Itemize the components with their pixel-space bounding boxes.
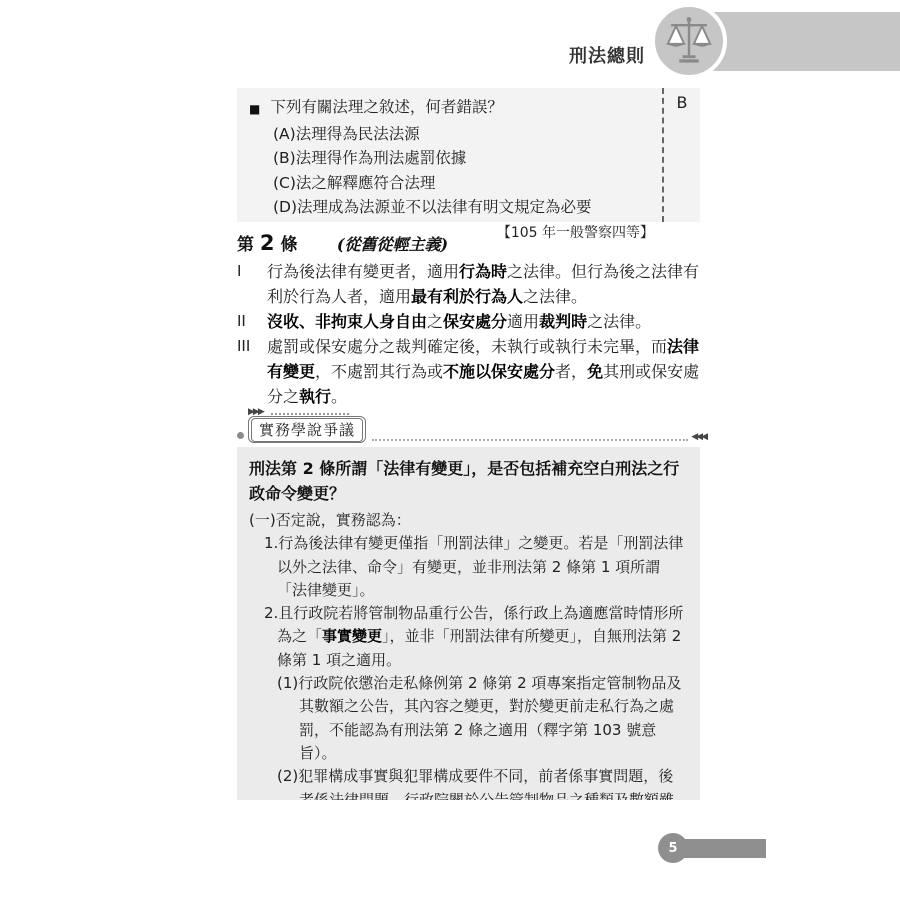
- article-paragraphs: I 行為後法律有變更者，適用行為時之法律。但行為後之法律有利於行為人者，適用最有…: [237, 259, 700, 409]
- paragraph-1-text: 行為後法律有變更者，適用行為時之法律。但行為後之法律有利於行為人者，適用最有利於…: [267, 259, 700, 309]
- question-text: 下列有關法理之敘述，何者錯誤？: [270, 95, 656, 122]
- discussion-item: 2.且行政院若將管制物品重行公告，係行政上為適應當時情形所為之「事實變更」，並非…: [249, 602, 688, 672]
- square-bullet-icon: ■: [249, 97, 260, 122]
- discussion-box: 刑法第 2 條所謂「法律有變更」，是否包括補充空白刑法之行政命令變更？ (一)否…: [237, 447, 700, 800]
- discussion-item: (一)否定說，實務認為：: [249, 509, 688, 532]
- dashed-line-top: [271, 413, 349, 415]
- paragraph-2-numeral: II: [237, 309, 267, 334]
- discussion-item: (2)犯罪構成事實與犯罪構成要件不同，前者係事實問題，後者係法律問題，行政院關於…: [249, 765, 688, 800]
- question-content: ■ 下列有關法理之敘述，何者錯誤？ (A)法理得為民法法源 (B)法理得作為刑法…: [237, 88, 662, 222]
- page-number: 5: [668, 841, 677, 856]
- scales-of-justice-icon: [663, 13, 715, 69]
- arrows-left-icon: ◀◀◀: [691, 432, 706, 442]
- paragraph-3: III 處罰或保安處分之裁判確定後，未執行或執行未完畢，而法律有變更，不處罰其行…: [237, 334, 700, 409]
- tab-dot-icon: [237, 432, 244, 439]
- paragraph-2-text: 沒收、非拘束人身自由之保安處分適用裁判時之法律。: [267, 309, 700, 334]
- paragraph-3-numeral: III: [237, 334, 267, 409]
- answer-column: B: [662, 88, 700, 222]
- option-d: (D)法理成為法源並不以法律有明文規定為必要: [273, 195, 656, 220]
- paragraph-1-numeral: I: [237, 259, 267, 309]
- option-a: (A)法理得為民法法源: [273, 122, 656, 147]
- answer-letter: B: [677, 93, 688, 112]
- article-subtitle: (從舊從輕主義): [337, 232, 448, 255]
- paragraph-3-text: 處罰或保安處分之裁判確定後，未執行或執行未完畢，而法律有變更，不處罰其行為或不施…: [267, 334, 700, 409]
- dashed-line-right: [372, 439, 688, 441]
- page-number-badge: 5: [658, 833, 688, 863]
- discussion-item: 1.行為後法律有變更僅指「刑罰法律」之變更。若是「刑罰法律以外之法律、命令」有變…: [249, 532, 688, 602]
- paragraph-1: I 行為後法律有變更者，適用行為時之法律。但行為後之法律有利於行為人者，適用最有…: [237, 259, 700, 309]
- option-b: (B)法理得作為刑法處罰依據: [273, 146, 656, 171]
- page-title: 刑法總則: [440, 42, 645, 68]
- option-c: (C)法之解釋應符合法理: [273, 171, 656, 196]
- paragraph-2: II 沒收、非拘束人身自由之保安處分適用裁判時之法律。: [237, 309, 700, 334]
- discussion-tab-label: 實務學說爭議: [248, 416, 366, 443]
- question-options: (A)法理得為民法法源 (B)法理得作為刑法處罰依據 (C)法之解釋應符合法理 …: [273, 122, 656, 220]
- exercise-question-box: ■ 下列有關法理之敘述，何者錯誤？ (A)法理得為民法法源 (B)法理得作為刑法…: [237, 88, 700, 222]
- article-heading: 第 2 條 (從舊從輕主義): [237, 230, 700, 255]
- header-emblem: [651, 3, 727, 79]
- discussion-title: 刑法第 2 條所謂「法律有變更」，是否包括補充空白刑法之行政命令變更？: [249, 456, 688, 506]
- discussion-item: (1)行政院依懲治走私條例第 2 條第 2 項專案指定管制物品及其數額之公告，其…: [249, 672, 688, 765]
- article-number: 第 2 條: [237, 235, 297, 255]
- discussion-tab: ▶▶▶ 實務學說爭議 ◀◀◀: [237, 409, 700, 447]
- book-page: 刑法總則 ■ 下列有關法理之敘述，何者錯誤？: [0, 0, 900, 900]
